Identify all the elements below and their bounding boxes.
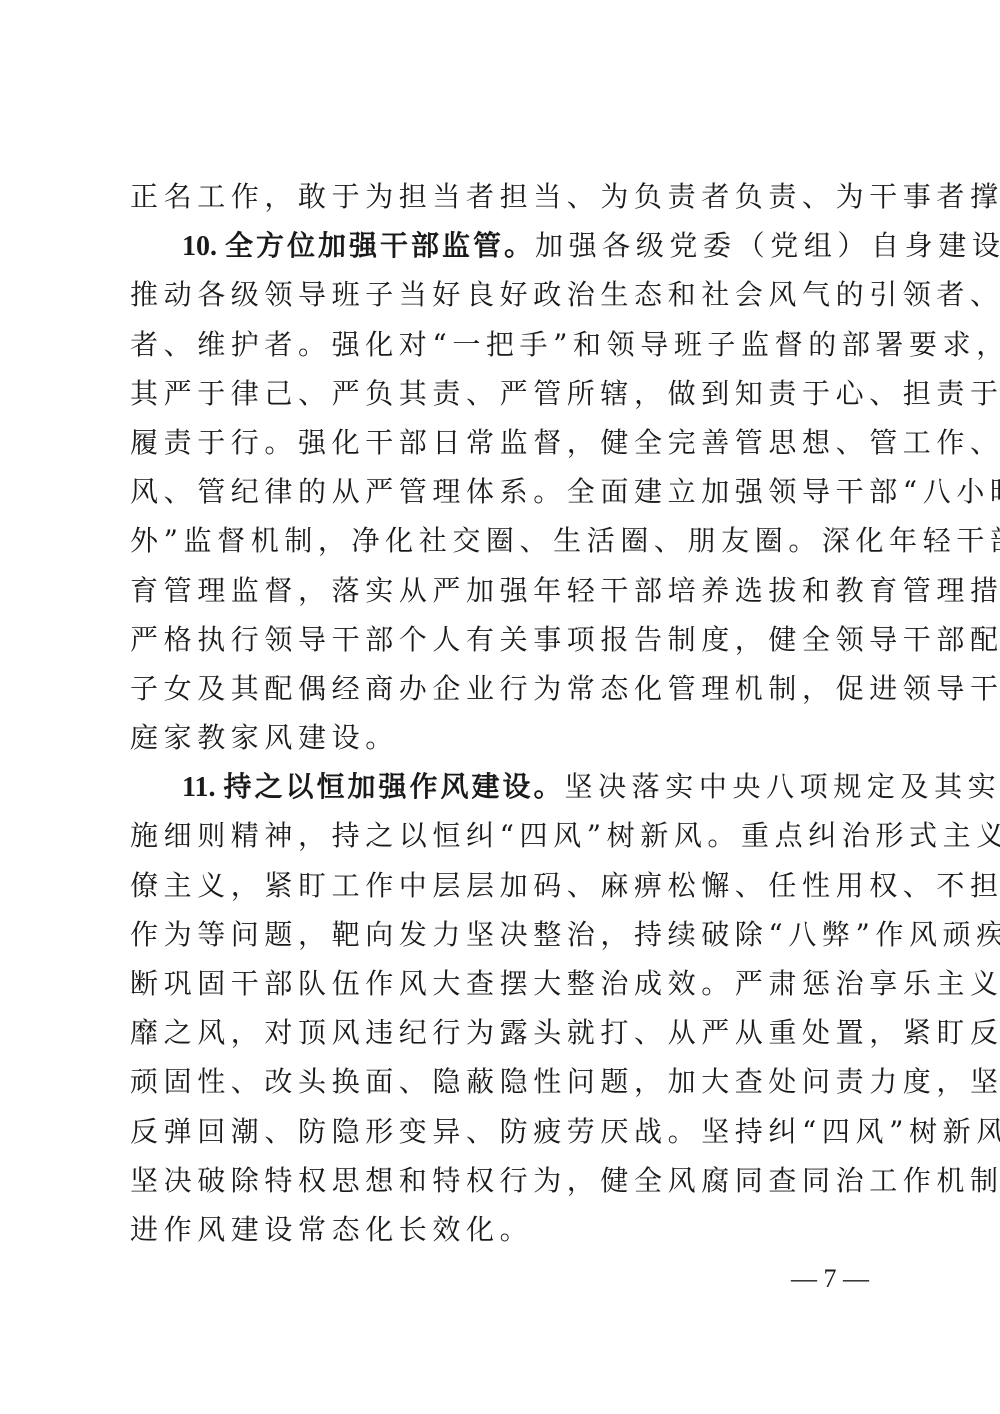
text-line: 其严于律己、严负其责、严管所辖，做到知责于心、担责于身、 xyxy=(130,369,872,418)
text-run: 坚决落实中央八项规定及其实 xyxy=(564,770,1000,803)
section-title: 持之以恒加强作风建设。 xyxy=(223,770,564,803)
text-line: 推动各级领导班子当好良好政治生态和社会风气的引领者、营造 xyxy=(130,270,872,319)
text-line: 者、维护者。强化对“一把手”和领导班子监督的部署要求，督促 xyxy=(130,320,872,369)
text-line: 作为等问题，靶向发力坚决整治，持续破除“八弊”作风顽疾，不 xyxy=(130,910,872,959)
body-text: 正名工作，敢于为担当者担当、为负责者负责、为干事者撑腰。 10.全方位加强干部监… xyxy=(130,172,872,1254)
text-line: 育管理监督，落实从严加强年轻干部培养选拔和教育管理措施。 xyxy=(130,566,872,615)
text-line: 坚决破除特权思想和特权行为，健全风腐同查同治工作机制，推 xyxy=(130,1156,872,1205)
text-line: 庭家教家风建设。 xyxy=(130,713,872,762)
section-title: 全方位加强干部监管。 xyxy=(225,229,535,262)
section-11-heading-line: 11.持之以恒加强作风建设。坚决落实中央八项规定及其实 xyxy=(130,762,872,811)
text-line: 靡之风，对顶风违纪行为露头就打、从严从重处置，紧盯反复性 xyxy=(130,1008,872,1057)
text-line: 僚主义，紧盯工作中层层加码、麻痹松懈、任性用权、不担当不 xyxy=(130,861,872,910)
section-number: 11. xyxy=(182,772,215,803)
text-line: 正名工作，敢于为担当者担当、为负责者负责、为干事者撑腰。 xyxy=(130,172,872,221)
text-line: 外”监督机制，净化社交圈、生活圈、朋友圈。深化年轻干部教 xyxy=(130,516,872,565)
text-line: 断巩固干部队伍作风大查摆大整治成效。严肃惩治享乐主义、奢 xyxy=(130,959,872,1008)
text-line: 进作风建设常态化长效化。 xyxy=(130,1205,872,1254)
page-number: — 7 — xyxy=(790,1264,870,1294)
text-line: 施细则精神，持之以恒纠“四风”树新风。重点纠治形式主义、官 xyxy=(130,811,872,860)
text-line: 履责于行。强化干部日常监督，健全完善管思想、管工作、管作 xyxy=(130,418,872,467)
text-line: 顽固性、改头换面、隐蔽隐性问题，加大查处问责力度，坚决防 xyxy=(130,1057,872,1106)
section-heading: 11.持之以恒加强作风建设。 xyxy=(182,770,564,803)
text-line: 子女及其配偶经商办企业行为常态化管理机制，促进领导干部家 xyxy=(130,664,872,713)
section-10-heading-line: 10.全方位加强干部监管。加强各级党委（党组）自身建设， xyxy=(130,221,872,270)
text-line: 严格执行领导干部个人有关事项报告制度，健全领导干部配偶、 xyxy=(130,615,872,664)
document-page: 正名工作，敢于为担当者担当、为负责者负责、为干事者撑腰。 10.全方位加强干部监… xyxy=(0,0,1000,1414)
text-line: 风、管纪律的从严管理体系。全面建立加强领导干部“八小时以 xyxy=(130,467,872,516)
text-line: 反弹回潮、防隐形变异、防疲劳厌战。坚持纠“四风”树新风并举， xyxy=(130,1107,872,1156)
section-number: 10. xyxy=(182,231,217,262)
text-run: 加强各级党委（党组）自身建设， xyxy=(535,229,1000,262)
section-heading: 10.全方位加强干部监管。 xyxy=(182,229,535,262)
